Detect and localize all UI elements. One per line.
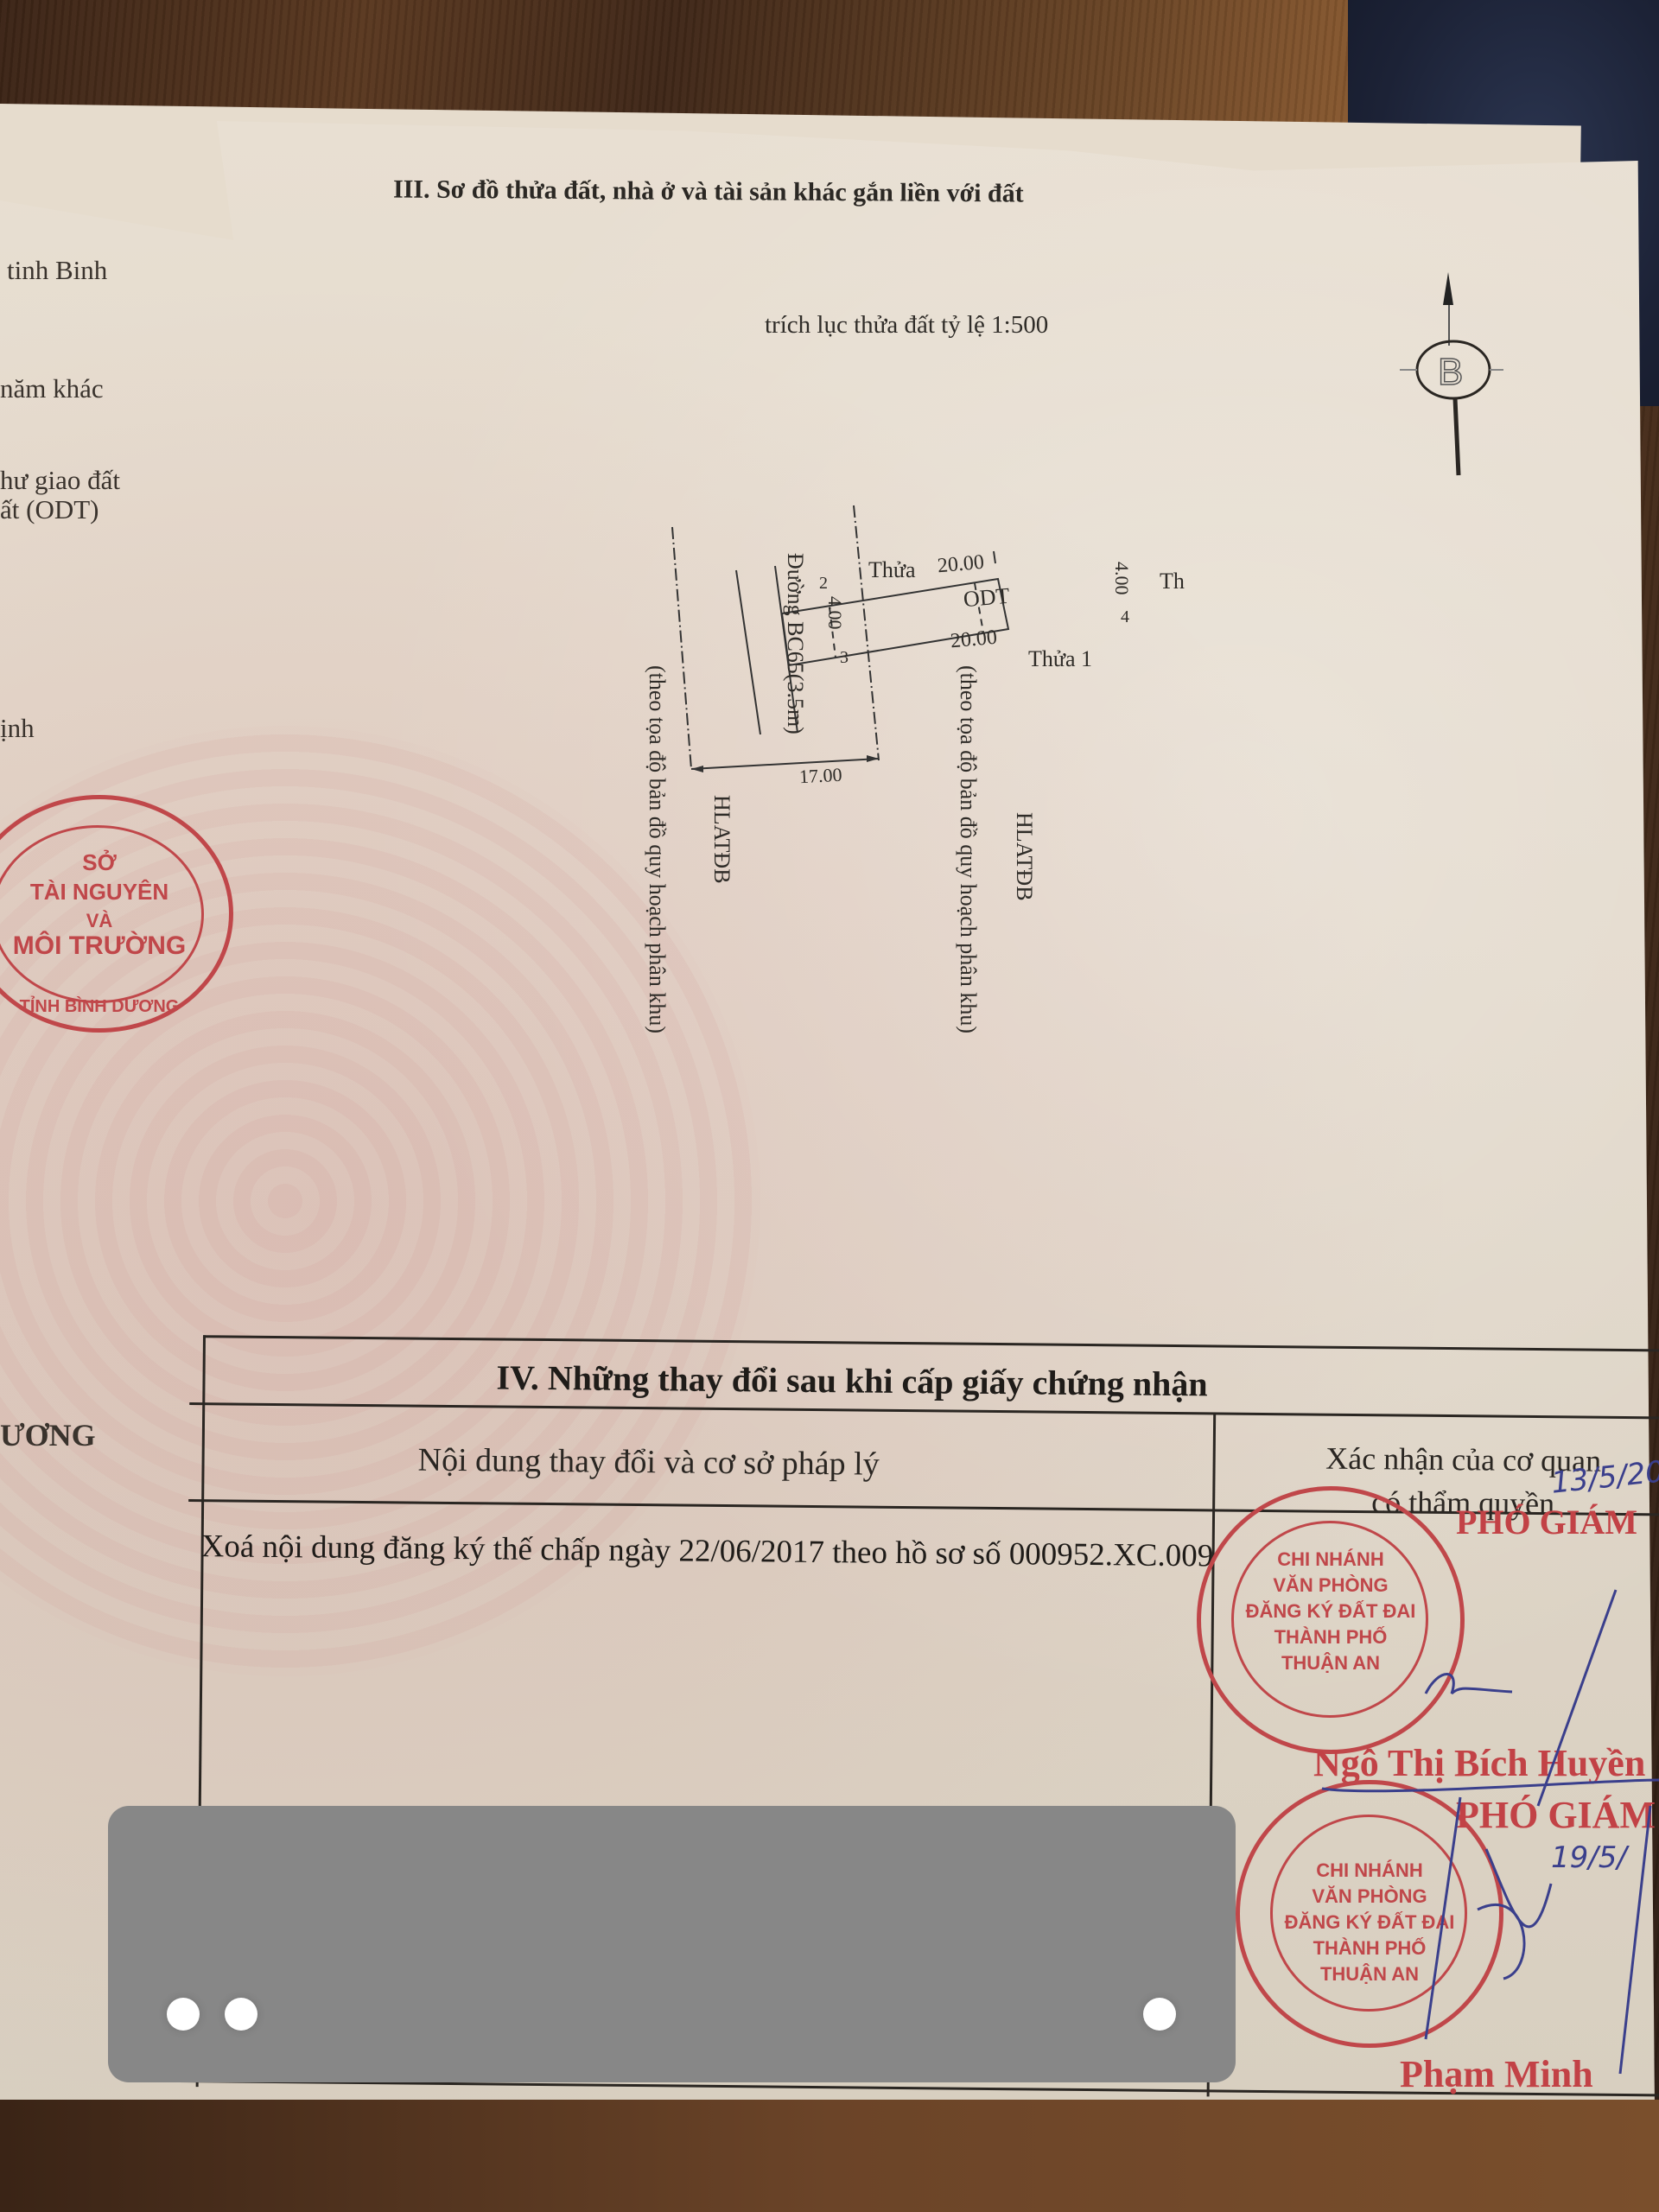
left-fragment-6: ƯƠNG <box>0 1417 96 1453</box>
signature-strokes <box>1253 1521 1659 2126</box>
section-3-title: III. Sơ đồ thửa đất, nhà ở và tài sản kh… <box>393 175 1024 208</box>
left-fragment-2: năm khác <box>0 373 104 404</box>
overlay-dot-left-1 <box>167 1998 200 2031</box>
stamp-line-1: SỞ <box>0 849 229 875</box>
label-neighbor-right: Th <box>1160 569 1185 594</box>
left-fragment-5: ịnh <box>0 713 35 744</box>
label-boundary-left: HLATĐB <box>709 795 734 884</box>
label-boundary-right: HLATĐB <box>1011 812 1037 901</box>
stamp-bottom: TỈNH BÌNH DƯƠNG <box>0 994 229 1020</box>
parcel-plan-diagram <box>622 484 1227 847</box>
column-header-content: Nội dung thay đổi và cơ sở pháp lý <box>417 1441 880 1484</box>
label-offset-length: 17.00 <box>798 764 842 789</box>
scale-caption: trích lục thửa đất tỷ lệ 1:500 <box>765 311 1048 340</box>
overlay-dot-left-2 <box>225 1998 257 2031</box>
compass-letter: B <box>1438 351 1463 393</box>
left-fragment-1: tinh Binh <box>7 255 107 286</box>
stamp-line-4: MÔI TRƯỜNG <box>0 933 229 959</box>
label-parcel-odt: ODT <box>963 583 1011 613</box>
label-top-length: 20.00 <box>937 551 985 579</box>
redaction-overlay <box>108 1806 1236 2082</box>
left-fragment-3: hư giao đất <box>0 465 120 496</box>
label-neighbor-top: Thửa <box>868 557 916 583</box>
corner-3: 3 <box>840 648 849 668</box>
corner-2: 2 <box>819 574 828 594</box>
north-arrow-icon: B <box>1400 264 1503 480</box>
section-4-title: IV. Những thay đổi sau khi cấp giấy chứn… <box>496 1357 1208 1404</box>
label-neighbor-bottom: Thửa 1 <box>1028 646 1092 672</box>
left-fragment-4: ất (ODT) <box>0 494 99 525</box>
stamp-line-3: VÀ <box>0 908 229 934</box>
label-bottom-length: 20.00 <box>950 626 998 654</box>
label-right-width: 4.00 <box>1110 562 1133 595</box>
overlay-dot-right <box>1143 1998 1176 2031</box>
boundary-note-right: (theo tọa độ bản đồ quy hoạch phân khu) <box>955 665 981 1033</box>
corner-4: 4 <box>1121 607 1129 627</box>
boundary-note-left: (theo tọa độ bản đồ quy hoạch phân khu) <box>644 665 670 1033</box>
table-edge <box>0 2100 1659 2212</box>
label-left-width: 4.00 <box>823 596 846 630</box>
label-road: Đường BC65(3.5m) <box>782 553 808 734</box>
change-entry-1: Xoá nội dung đăng ký thế chấp ngày 22/06… <box>200 1527 1237 1577</box>
stamp-line-2: TÀI NGUYÊN <box>0 879 229 905</box>
